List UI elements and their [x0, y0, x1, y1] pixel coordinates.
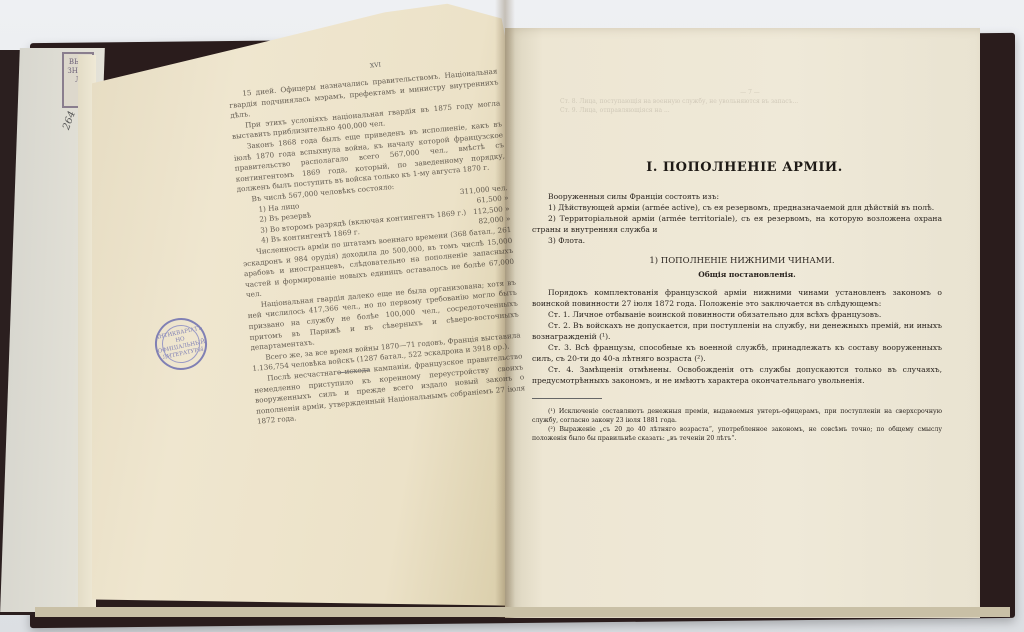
footnote: (²) Выраженіе „съ 20 до 40 лѣтняго возра…	[532, 425, 942, 443]
chapter-title: I. ПОПОЛНЕНІЕ АРМІИ.	[532, 160, 942, 175]
ghost-line: — 7 —	[560, 88, 940, 97]
page-number: XVI	[370, 61, 382, 69]
right-page-text: I. ПОПОЛНЕНІЕ АРМІИ. Вооруженныя силы Фр…	[532, 160, 942, 443]
article: Ст. 2. Въ войскахъ не допускается, при п…	[532, 320, 942, 342]
paragraph: 2) Территоріальной арміи (armée territor…	[532, 213, 942, 235]
bleed-through-text: — 7 — Ст. 8. Лица, поступающія на военну…	[560, 88, 940, 115]
article: Ст. 3. Всѣ французы, способные къ военно…	[532, 342, 942, 364]
stamp-line: НО	[156, 332, 205, 349]
page-bottom-edge	[35, 607, 1010, 617]
footnote-rule	[532, 398, 602, 399]
stamp-line: ЛИТЕРАТУРЫ	[159, 346, 208, 363]
ghost-line: Ст. 9. Лица, отправляющіяся на ...	[560, 106, 940, 115]
footnote: (¹) Исключеніе составляютъ денежныя прем…	[532, 407, 942, 425]
ghost-line: Ст. 8. Лица, поступающія на военную служ…	[560, 97, 940, 106]
article: Ст. 4. Замѣщенія отмѣнены. Освобожденія …	[532, 364, 942, 386]
paragraph: Порядокъ комплектованія французской армі…	[532, 287, 942, 309]
paragraph: 1) Дѣйствующей арміи (armée active), съ …	[532, 202, 942, 213]
footnotes: (¹) Исключеніе составляютъ денежныя прем…	[532, 407, 942, 443]
subsection-heading: Общія постановленія.	[532, 270, 942, 279]
stamp-line: АНТИКВАРІАТЪ	[154, 325, 203, 342]
article: Ст. 1. Личное отбываніе воинской повинно…	[532, 309, 942, 320]
left-page-text: 15 дней. Офицеры назначались правительст…	[228, 66, 527, 427]
section-heading: 1) ПОПОЛНЕНІЕ НИЖНИМИ ЧИНАМИ.	[532, 256, 942, 266]
paragraph: 3) Флота.	[532, 235, 942, 246]
paragraph: Вооруженныя силы Франціи состоять изъ:	[532, 191, 942, 202]
